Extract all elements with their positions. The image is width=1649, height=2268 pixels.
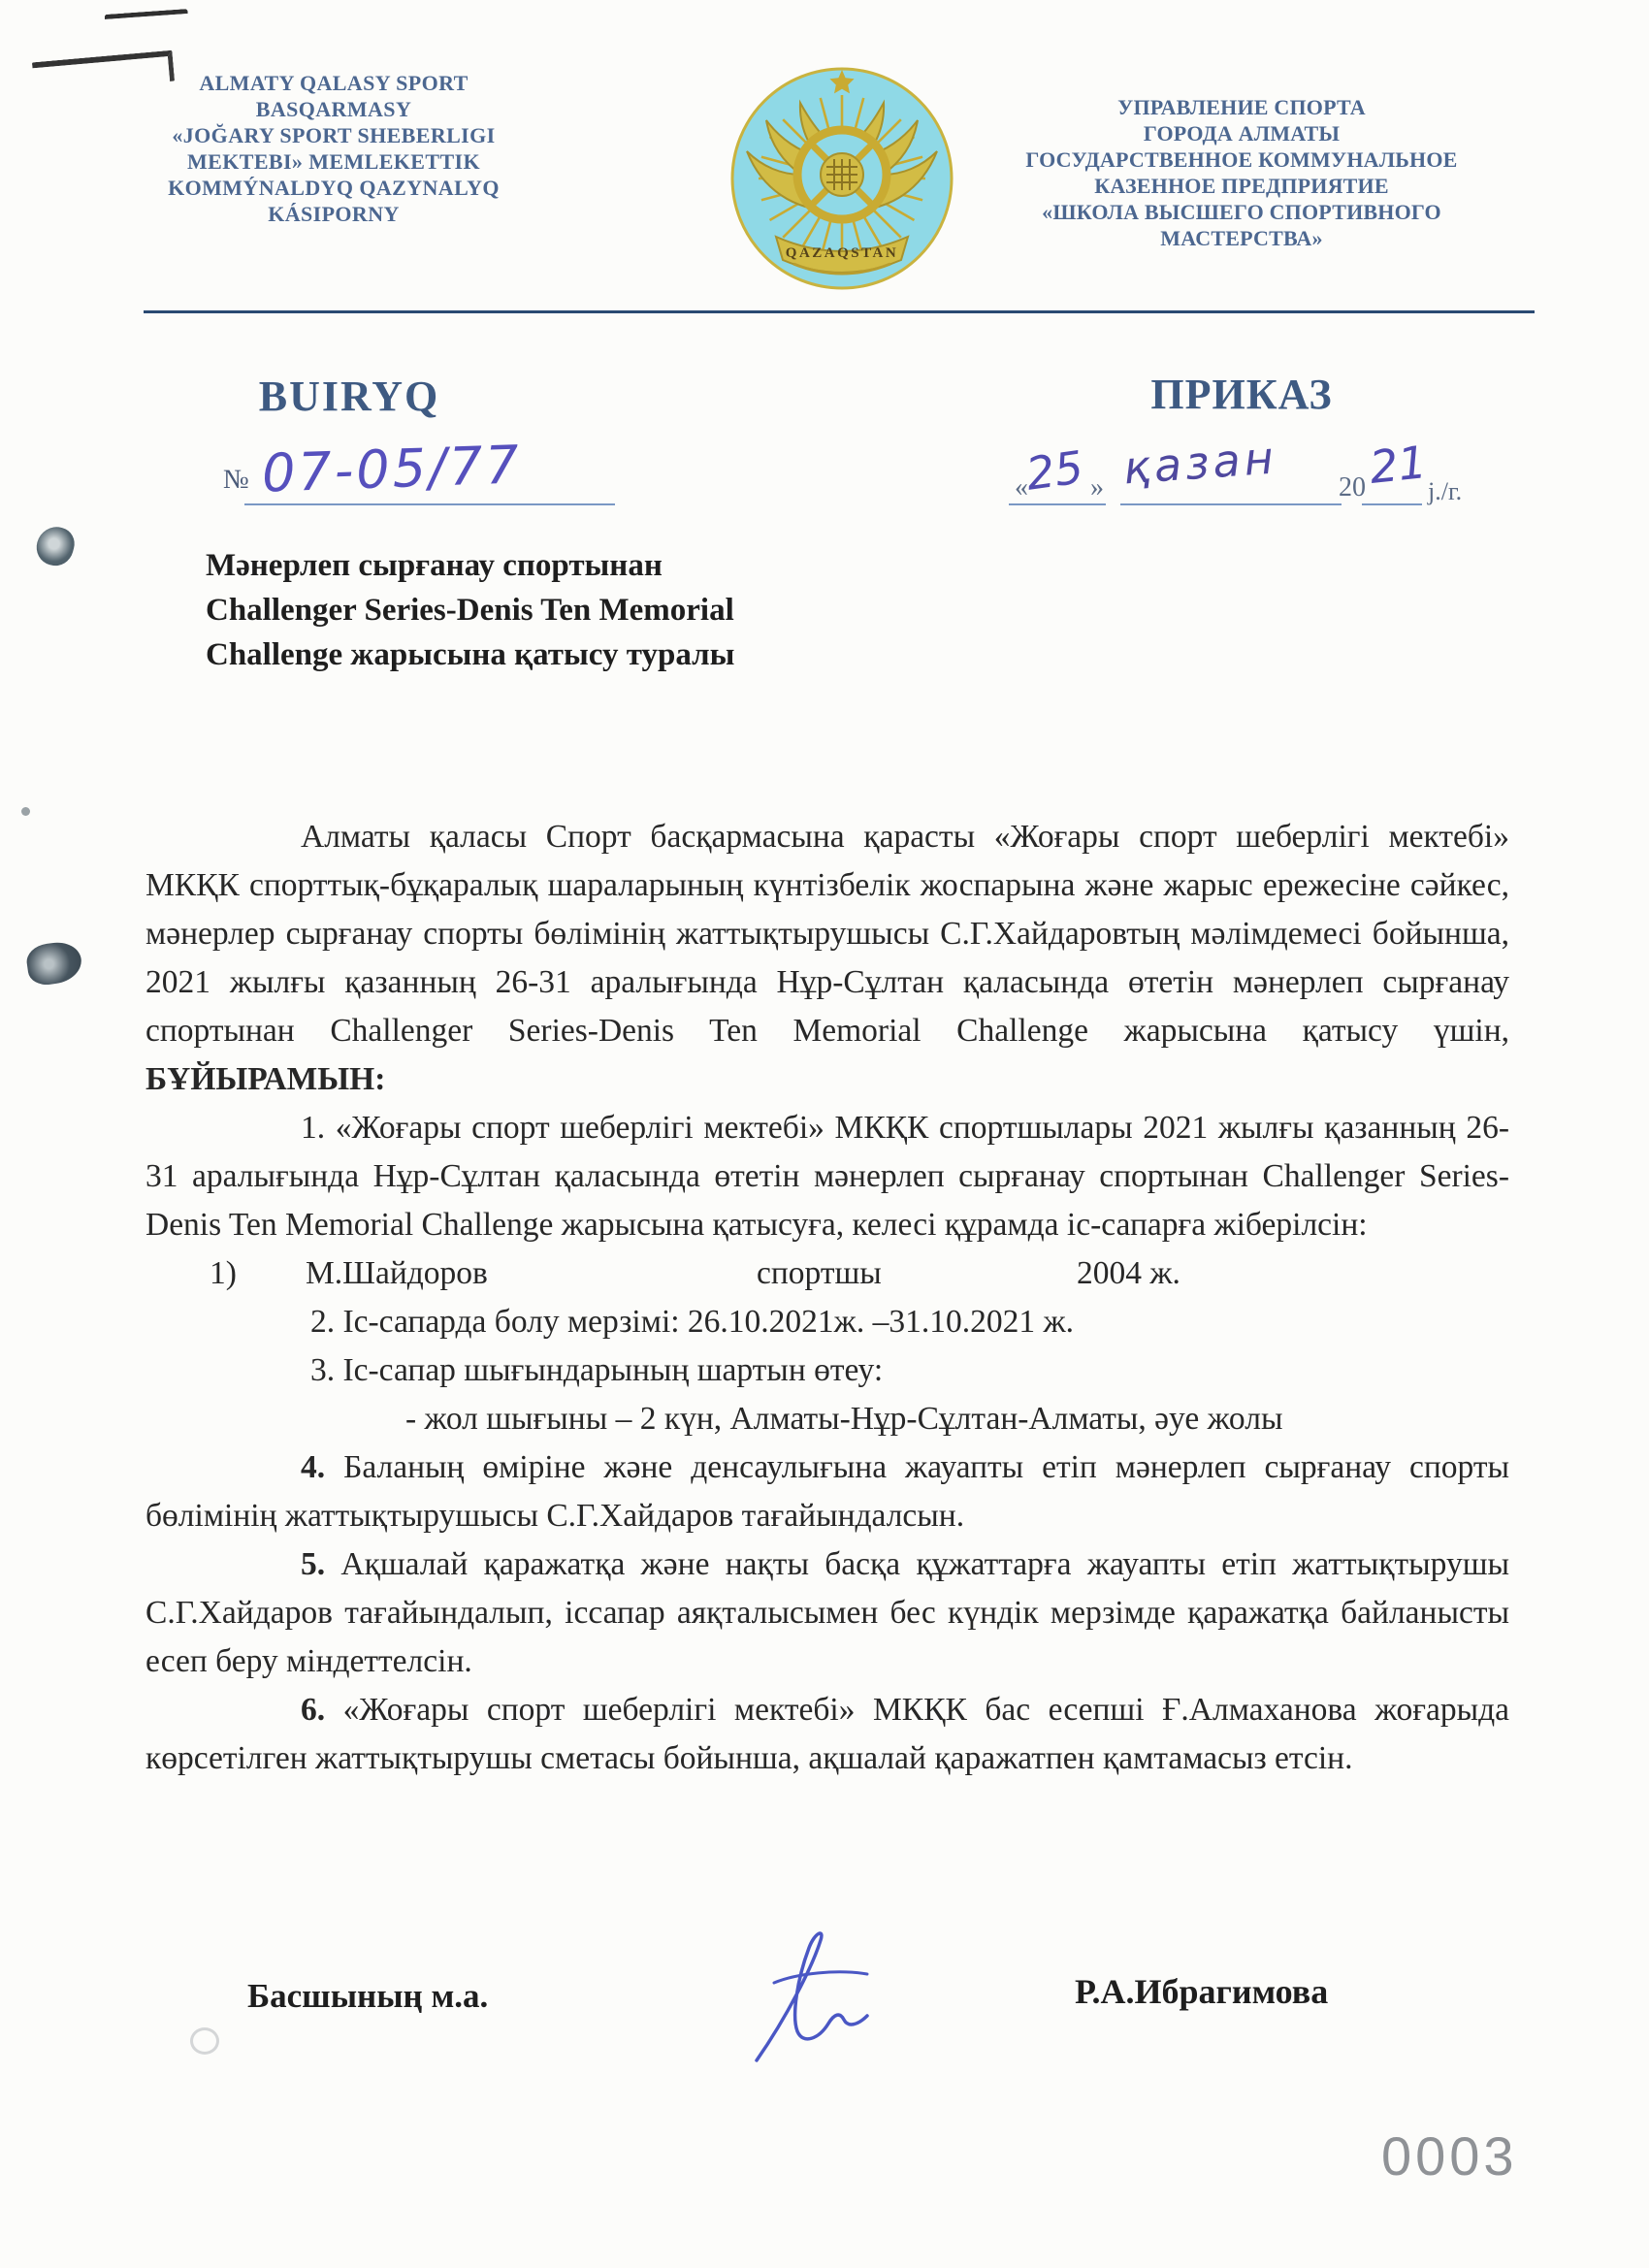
org-line: ALMATY QALASY SPORT bbox=[144, 70, 524, 96]
kazakhstan-state-emblem: QAZAQSTAN bbox=[726, 56, 958, 297]
item-5-text: Ақшалай қаражатқа және нақты басқа құжат… bbox=[145, 1546, 1509, 1679]
date-suffix: j./г. bbox=[1428, 477, 1462, 506]
org-line: MEKTEBI» MEMLEKETTIK bbox=[144, 148, 524, 175]
item-2-line: 2. Іс-сапарда болу мерзімі: 26.10.2021ж.… bbox=[145, 1298, 1509, 1346]
order-number-underline bbox=[244, 503, 615, 505]
date-month-underline bbox=[1120, 503, 1342, 505]
org-name-russian-block: УПРАВЛЕНИЕ СПОРТА ГОРОДА АЛМАТЫ ГОСУДАРС… bbox=[953, 94, 1531, 251]
org-line: BASQARMASY bbox=[144, 96, 524, 122]
date-close-quote: » bbox=[1090, 472, 1104, 503]
date-year-printed: 20 bbox=[1339, 472, 1366, 503]
org-line: КАЗЕННОЕ ПРЕДПРИЯТИЕ bbox=[953, 173, 1531, 199]
faint-mark-artifact bbox=[190, 2027, 219, 2055]
staple-mark-artifact bbox=[105, 9, 189, 29]
order-title-russian: ПРИКАЗ bbox=[978, 370, 1505, 419]
header-divider-line bbox=[144, 310, 1535, 313]
item-4-paragraph: 4. Баланың өміріне және денсаулығына жау… bbox=[145, 1443, 1509, 1540]
athlete-number: 1) bbox=[210, 1249, 237, 1298]
item-6-number: 6. bbox=[301, 1692, 325, 1728]
item-6-text: «Жоғары спорт шеберлігі мектебі» МКҚК ба… bbox=[145, 1692, 1509, 1776]
item-3-subline: - жол шығыны – 2 күн, Алматы-Нұр-Сұлтан-… bbox=[145, 1395, 1509, 1443]
page-number: 0003 bbox=[1381, 2124, 1518, 2187]
org-name-kazakh-block: ALMATY QALASY SPORT BASQARMASY «JOĞARY S… bbox=[144, 70, 524, 227]
preamble-paragraph: Алматы қаласы Спорт басқармасына қарасты… bbox=[145, 813, 1509, 1104]
order-verb-bold: БҰЙЫРАМЫН: bbox=[145, 1061, 385, 1097]
subject-line: Мәнерлеп сырғанау спортынан bbox=[206, 543, 885, 588]
athlete-birth-year: 2004 ж. bbox=[1077, 1249, 1180, 1298]
date-day-handwritten: 25 bbox=[1023, 440, 1086, 501]
item-6-paragraph: 6. «Жоғары спорт шеберлігі мектебі» МКҚК… bbox=[145, 1686, 1509, 1783]
hole-punch-shadow-artifact bbox=[24, 939, 83, 987]
emblem-banner-text: QAZAQSTAN bbox=[786, 245, 898, 261]
athlete-name: М.Шайдоров bbox=[306, 1249, 488, 1298]
order-number-label: № bbox=[223, 465, 249, 496]
org-line: ГОРОДА АЛМАТЫ bbox=[953, 120, 1531, 146]
org-line: МАСТЕРСТВА» bbox=[953, 225, 1531, 251]
item-1-paragraph: 1. «Жоғары спорт шеберлігі мектебі» МКҚК… bbox=[145, 1104, 1509, 1249]
signatory-title: Басшының м.а. bbox=[247, 1977, 488, 2016]
item-5-paragraph: 5. Ақшалай қаражатқа және нақты басқа құ… bbox=[145, 1540, 1509, 1686]
org-line: УПРАВЛЕНИЕ СПОРТА bbox=[953, 94, 1531, 120]
preamble-text: Алматы қаласы Спорт басқармасына қарасты… bbox=[145, 819, 1509, 1049]
order-number-handwritten: 07-05/77 bbox=[261, 434, 523, 503]
signatory-name: Р.А.Ибрагимова bbox=[1075, 1971, 1328, 2012]
date-day-underline bbox=[1009, 503, 1106, 505]
item-4-text: Баланың өміріне және денсаулығына жауапт… bbox=[145, 1449, 1509, 1534]
order-body: Алматы қаласы Спорт басқармасына қарасты… bbox=[145, 813, 1509, 1783]
org-line: KOMMÝNALDYQ QAZYNALYQ bbox=[144, 175, 524, 201]
org-line: «ШКОЛА ВЫСШЕГО СПОРТИВНОГО bbox=[953, 199, 1531, 225]
item-4-number: 4. bbox=[301, 1449, 325, 1485]
athlete-role: спортшы bbox=[757, 1249, 882, 1298]
org-line: KÁSIPORNY bbox=[144, 201, 524, 227]
date-year-underline bbox=[1362, 503, 1422, 505]
scan-speck-artifact bbox=[21, 807, 30, 816]
handwritten-signature bbox=[720, 1923, 904, 2073]
order-subject: Мәнерлеп сырғанау спортынан Challenger S… bbox=[206, 543, 885, 677]
org-line: «JOĞARY SPORT SHEBERLIGI bbox=[144, 122, 524, 148]
item-5-number: 5. bbox=[301, 1546, 325, 1582]
date-month-handwritten: қазан bbox=[1121, 432, 1278, 495]
order-title-kazakh: BUIRYQ bbox=[153, 372, 545, 421]
scanned-order-document: ALMATY QALASY SPORT BASQARMASY «JOĞARY S… bbox=[0, 0, 1649, 2268]
date-year-handwritten: 21 bbox=[1367, 436, 1429, 494]
hole-punch-shadow-artifact bbox=[32, 523, 78, 569]
item-3-line: 3. Іс-сапар шығындарының шартын өтеу: bbox=[145, 1346, 1509, 1395]
subject-line: Challenger Series-Denis Ten Memorial bbox=[206, 588, 885, 632]
subject-line: Challenge жарысына қатысу туралы bbox=[206, 632, 885, 677]
org-line: ГОСУДАРСТВЕННОЕ КОММУНАЛЬНОЕ bbox=[953, 146, 1531, 173]
athlete-row: 1) М.Шайдоров спортшы 2004 ж. bbox=[145, 1249, 1509, 1298]
